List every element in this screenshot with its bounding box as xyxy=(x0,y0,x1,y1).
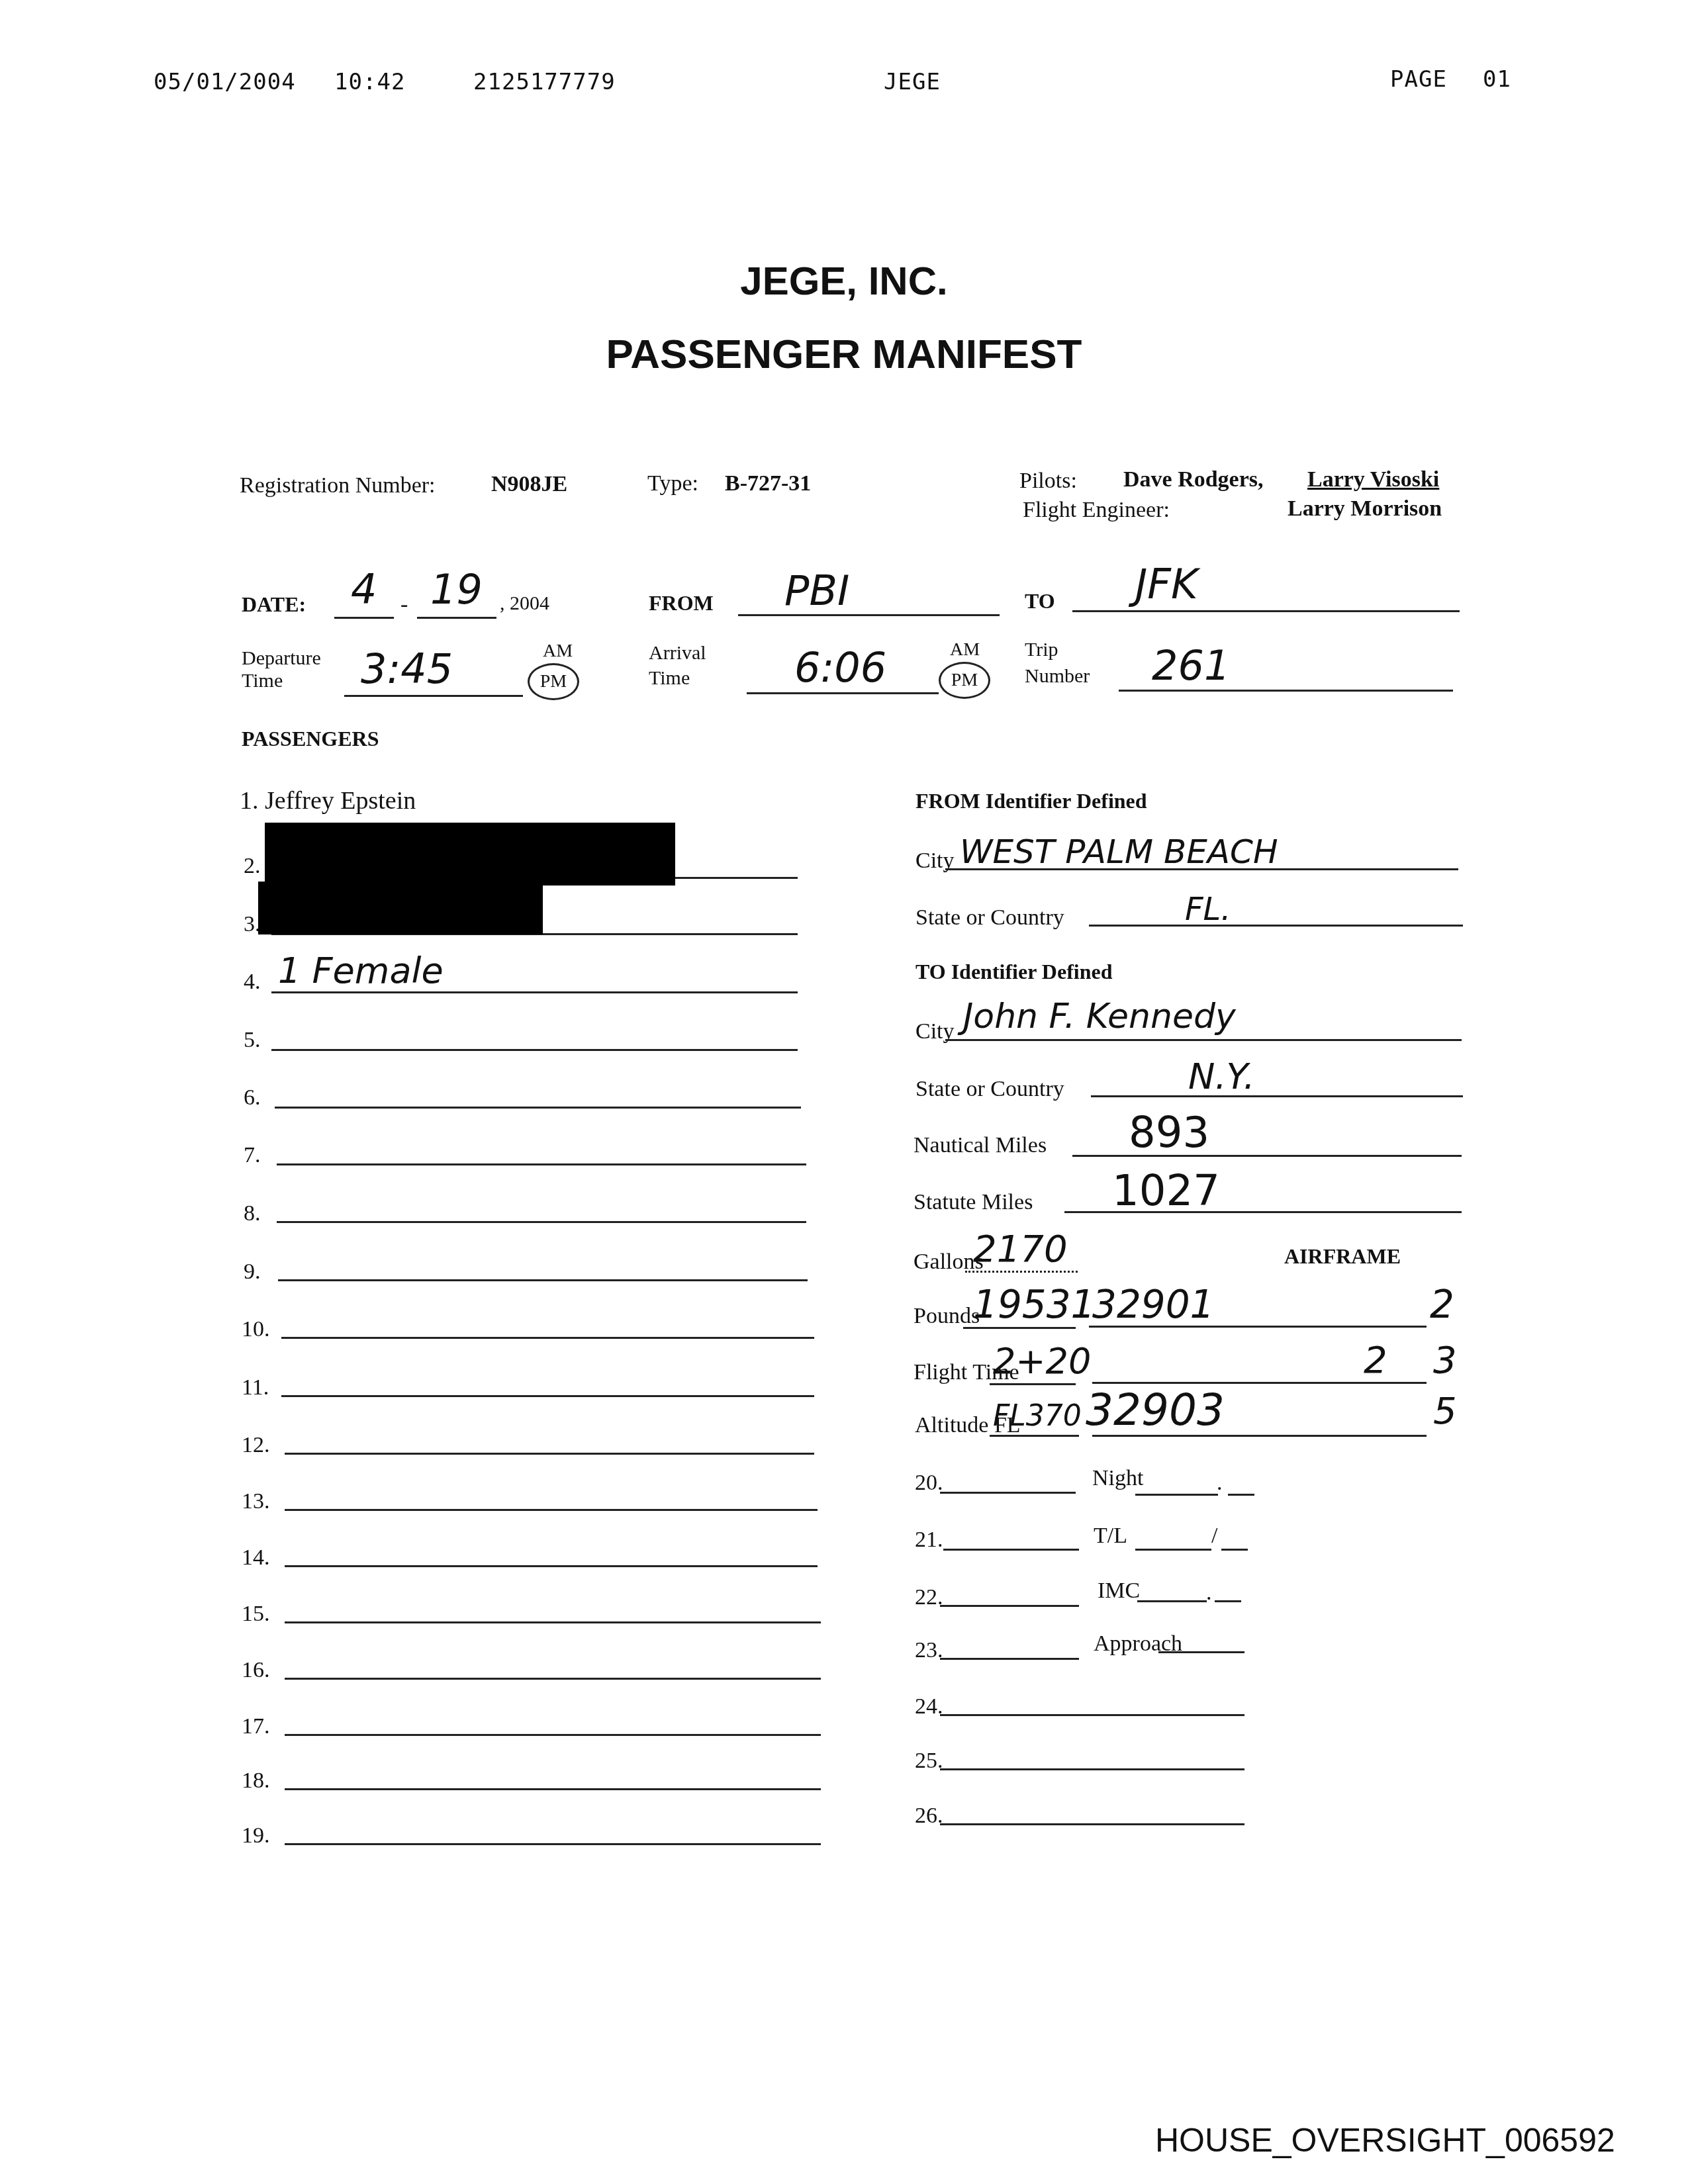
row-number: 6. xyxy=(244,1085,261,1111)
from-state-value: FL. xyxy=(1185,893,1231,925)
row-number: 21. xyxy=(915,1527,943,1553)
registration-value: N908JE xyxy=(491,472,567,497)
pounds-value: 19531 xyxy=(973,1285,1096,1324)
arrival-am: AM xyxy=(950,639,980,660)
fax-page-number: 01 xyxy=(1483,66,1511,93)
passengers-heading: PASSENGERS xyxy=(242,727,379,751)
flight-engineer-label: Flight Engineer: xyxy=(1023,498,1170,523)
fax-date: 05/01/2004 xyxy=(154,69,296,95)
registration-label: Registration Number: xyxy=(240,473,436,498)
row-number: 10. xyxy=(242,1317,270,1342)
passenger-row-1: 1. Jeffrey Epstein xyxy=(240,786,416,815)
to-identifier-heading: TO Identifier Defined xyxy=(915,960,1112,984)
altitude-value: FL370 xyxy=(993,1402,1082,1431)
departure-am: AM xyxy=(543,641,573,662)
date-month: 4 xyxy=(351,569,377,610)
row-number: 17. xyxy=(242,1714,270,1739)
row-number: 24. xyxy=(915,1694,943,1719)
airframe-heading: AIRFRAME xyxy=(1284,1244,1401,1269)
to-city-value: John F. Kennedy xyxy=(963,999,1236,1034)
fax-page-label: PAGE xyxy=(1390,66,1447,93)
passenger-name: Jeffrey Epstein xyxy=(265,787,416,815)
from-city-value: WEST PALM BEACH xyxy=(960,835,1278,868)
airframe-flight-time: 2 xyxy=(1364,1342,1387,1379)
bates-number: HOUSE_OVERSIGHT_006592 xyxy=(1155,2121,1615,2160)
night-label: Night xyxy=(1092,1466,1143,1491)
statute-miles-label: Statute Miles xyxy=(914,1190,1033,1215)
document-title: PASSENGER MANIFEST xyxy=(0,331,1688,378)
imc-separator: . xyxy=(1206,1580,1212,1606)
date-day: 19 xyxy=(430,569,483,610)
airframe-start-hours: 32901 xyxy=(1092,1285,1215,1324)
row-number: 9. xyxy=(244,1259,261,1285)
type-value: B-727-31 xyxy=(725,471,811,496)
company-name: JEGE, INC. xyxy=(0,258,1688,304)
row-number: 1. xyxy=(240,787,259,815)
row-number: 25. xyxy=(915,1749,943,1774)
arrival-label-1: Arrival xyxy=(649,642,706,664)
row-number: 12. xyxy=(242,1433,270,1458)
type-label: Type: xyxy=(647,471,698,496)
arrival-time: 6:06 xyxy=(794,647,886,688)
row-number: 19. xyxy=(242,1823,270,1848)
pilot-2: Larry Visoski xyxy=(1307,467,1439,492)
row-number: 4. xyxy=(244,970,261,995)
from-value: PBI xyxy=(784,570,849,612)
tl-separator: / xyxy=(1211,1524,1217,1549)
date-label: DATE: xyxy=(242,592,306,617)
night-separator: . xyxy=(1217,1471,1223,1496)
row-number: 11. xyxy=(242,1375,269,1400)
passenger-name-handwritten: 1 Female xyxy=(278,953,444,989)
to-label: TO xyxy=(1025,589,1055,614)
to-state-value: N.Y. xyxy=(1188,1059,1255,1095)
airframe-flight-time-tenth: 3 xyxy=(1433,1342,1457,1379)
tl-label: T/L xyxy=(1094,1524,1127,1549)
trip-number-value: 261 xyxy=(1152,645,1230,686)
departure-label-2: Time xyxy=(242,670,283,692)
flight-engineer-value: Larry Morrison xyxy=(1288,496,1442,522)
row-number: 23. xyxy=(915,1638,943,1663)
from-state-label: State or Country xyxy=(915,905,1064,931)
row-number: 14. xyxy=(242,1545,270,1570)
fax-phone: 2125177779 xyxy=(473,69,616,95)
date-separator: - xyxy=(400,592,408,617)
pounds-label: Pounds xyxy=(914,1304,980,1329)
arrival-pm-circled: PM xyxy=(939,662,990,699)
nautical-miles-value: 893 xyxy=(1129,1112,1209,1154)
fax-time: 10:42 xyxy=(334,69,405,95)
row-number: 15. xyxy=(242,1602,270,1627)
flight-time-value: 2+20 xyxy=(993,1343,1091,1379)
redaction-bar xyxy=(265,823,675,886)
nautical-miles-label: Nautical Miles xyxy=(914,1133,1047,1158)
date-year: , 2004 xyxy=(500,592,549,615)
row-number: 7. xyxy=(244,1143,261,1168)
pilot-1: Dave Rodgers, xyxy=(1123,467,1264,492)
imc-label: IMC xyxy=(1098,1578,1140,1604)
to-state-label: State or Country xyxy=(915,1077,1064,1102)
departure-time: 3:45 xyxy=(361,649,453,690)
departure-label-1: Departure xyxy=(242,647,321,670)
row-number: 8. xyxy=(244,1201,261,1226)
row-number: 18. xyxy=(242,1768,270,1794)
row-number: 13. xyxy=(242,1489,270,1514)
airframe-end-tenth: 5 xyxy=(1433,1393,1457,1430)
trip-number-label-2: Number xyxy=(1025,665,1090,688)
pilots-label: Pilots: xyxy=(1019,469,1077,494)
statute-miles-value: 1027 xyxy=(1112,1170,1220,1212)
row-number: 22. xyxy=(915,1585,943,1610)
trip-number-label-1: Trip xyxy=(1025,639,1058,661)
fax-sender: JEGE xyxy=(884,69,941,95)
airframe-end-hours: 32903 xyxy=(1086,1388,1225,1432)
arrival-label-2: Time xyxy=(649,667,690,690)
departure-pm-circled: PM xyxy=(528,663,579,700)
to-value: JFK xyxy=(1135,564,1198,605)
row-number: 2. xyxy=(244,854,261,879)
from-label: FROM xyxy=(649,591,714,615)
row-number: 16. xyxy=(242,1658,270,1683)
redaction-bar xyxy=(258,882,543,934)
gallons-value: 2170 xyxy=(973,1231,1068,1268)
row-number: 26. xyxy=(915,1803,943,1829)
airframe-start-tenth: 2 xyxy=(1430,1285,1454,1324)
from-identifier-heading: FROM Identifier Defined xyxy=(915,789,1147,813)
row-number: 5. xyxy=(244,1028,261,1053)
row-number: 20. xyxy=(915,1471,943,1496)
